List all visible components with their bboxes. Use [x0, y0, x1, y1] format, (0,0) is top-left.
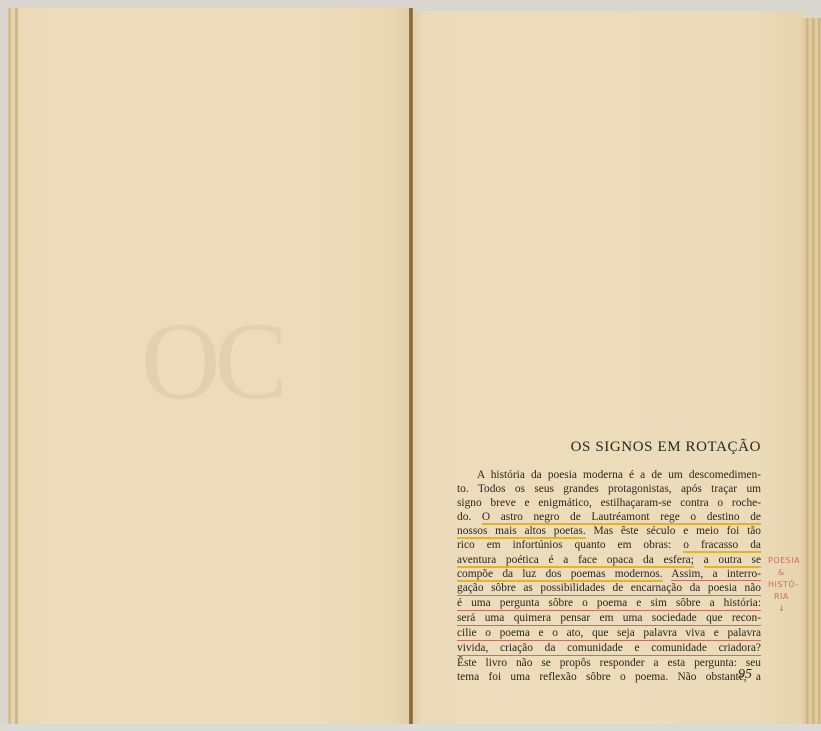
page-content: OS SIGNOS EM ROTAÇÃO A história da poesi…: [457, 439, 761, 684]
bleed-through-text: OC: [141, 298, 341, 448]
yellow-highlight: a outra se: [704, 554, 761, 568]
paragraph: A história da poesia moderna é a de um d…: [457, 468, 761, 684]
text-line-highlighted: do. O astro negro de Lautréamont rege o …: [457, 510, 761, 524]
text-line-highlighted: compõe da luz dos poemas modernos. Assim…: [457, 567, 761, 581]
note-line: RIA: [768, 591, 800, 603]
text-line-underlined: será uma quimera pensar em uma sociedade…: [457, 611, 761, 626]
note-line: POESIA: [768, 555, 800, 567]
yellow-highlight: compõe da luz dos poemas modernos.: [457, 568, 663, 582]
text-line: signo breve e enigmático, estilhaçaram-s…: [457, 496, 761, 510]
note-line: HISTÓ-: [768, 579, 800, 591]
left-page-edge: [15, 8, 18, 724]
text-line: A história da poesia moderna é a de um d…: [457, 468, 761, 482]
left-page: OC: [8, 8, 409, 724]
handwritten-margin-note: POESIA & HISTÓ- RIA ↓: [768, 555, 800, 615]
page-stack-edge: [803, 18, 821, 724]
yellow-highlight: nossos mais altos poetas.: [457, 525, 586, 539]
page-number: 95: [738, 667, 752, 683]
chapter-title: OS SIGNOS EM ROTAÇÃO: [457, 439, 761, 456]
surface: [0, 724, 821, 731]
text-line-highlighted: aventura poética é a face opaca da esfer…: [457, 553, 761, 567]
yellow-highlight: o fracasso da: [683, 539, 761, 553]
text-line-underlined: cilie o poema e o ato, que seja palavra …: [457, 626, 761, 641]
right-page: OS SIGNOS EM ROTAÇÃO A história da poesi…: [413, 11, 803, 724]
open-book: OC OS SIGNOS EM ROTAÇÃO A história da po…: [8, 8, 821, 724]
note-line: &: [768, 567, 800, 579]
yellow-highlight: aventura poética é a face opaca da esfer…: [457, 554, 694, 568]
text-line: Êste livro não se propôs responder a est…: [457, 656, 761, 670]
text-line-highlighted: nossos mais altos poetas. Mas êste sécul…: [457, 524, 761, 538]
text-line: tema foi uma reflexão sôbre o poema. Não…: [457, 670, 761, 684]
down-arrow-icon: ↓: [768, 603, 800, 615]
text-line-highlighted: rico em infortúnios quanto em obras: o f…: [457, 538, 761, 552]
text-line-underlined: é uma pergunta sôbre o poema e sim sôbre…: [457, 596, 761, 611]
text-line: to. Todos os seus grandes protagonistas,…: [457, 482, 761, 496]
yellow-highlight: O astro negro de Lautréamont rege o dest…: [482, 511, 761, 525]
text-line-underlined: vivida, criação da comunidade e comunida…: [457, 641, 761, 656]
text-line-underlined: gação sôbre as possibilidades de encarna…: [457, 581, 761, 596]
red-underline: Assim, a interro-: [671, 568, 761, 581]
